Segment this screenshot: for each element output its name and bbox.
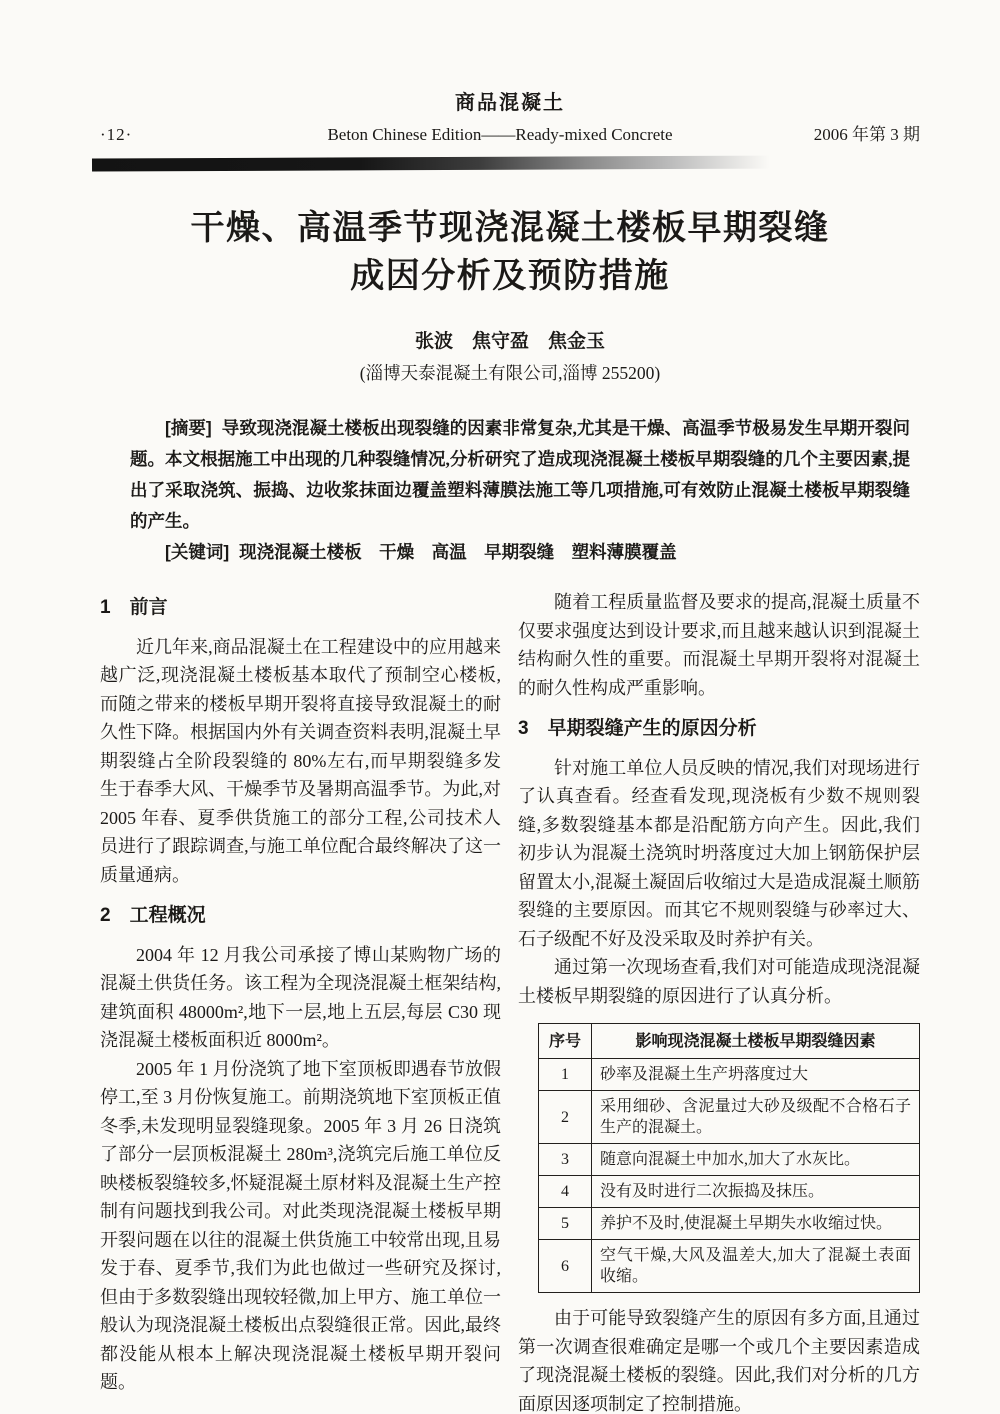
section-3-paragraph-3: 由于可能导致裂缝产生的原因有多方面,且通过第一次调查很难确定是哪一个或几个主要因… (518, 1304, 920, 1414)
abstract-block: [摘要]导致现浇混凝土楼板出现裂缝的因素非常复杂,尤其是干燥、高温季节极易发生早… (130, 413, 910, 568)
section-1-heading: 1 前言 (100, 594, 501, 623)
table-col1-header: 序号 (539, 1024, 592, 1059)
row-factor: 养护不及时,使混凝土早期失水收缩过快。 (592, 1208, 920, 1240)
row-number: 5 (539, 1208, 592, 1240)
section-1-paragraph: 近几年来,商品混凝土在工程建设中的应用越来越广泛,现浇混凝土楼板基本取代了预制空… (100, 633, 501, 890)
page-number: ·12· (100, 125, 230, 145)
crack-factors-table: 序号 影响现浇混凝土楼板早期裂缝因素 1 砂率及混凝土生产坍落度过大 2 采用细… (538, 1023, 920, 1293)
row-factor: 没有及时进行二次振捣及抹压。 (592, 1176, 920, 1208)
header-divider-bar (92, 155, 798, 171)
table-row: 6 空气干燥,大风及温差大,加大了混凝土表面收缩。 (539, 1240, 920, 1293)
keywords-label: [关键词] (165, 542, 229, 562)
row-factor: 砂率及混凝土生产坍落度过大 (592, 1059, 920, 1091)
row-number: 6 (539, 1240, 592, 1293)
issue-label: 2006 年第 3 期 (770, 120, 920, 145)
row-number: 4 (539, 1176, 592, 1208)
section-2-heading: 2 工程概况 (100, 902, 501, 931)
table-row: 5 养护不及时,使混凝土早期失水收缩过快。 (539, 1208, 920, 1240)
page-header: 商品混凝土 ·12· Beton Chinese Edition——Ready-… (100, 86, 920, 170)
abstract-label: [摘要] (165, 418, 212, 438)
article-title-line1: 干燥、高温季节现浇混凝土楼板早期裂缝 (100, 204, 920, 252)
row-number: 1 (539, 1059, 592, 1091)
abstract-paragraph: [摘要]导致现浇混凝土楼板出现裂缝的因素非常复杂,尤其是干燥、高温季节极易发生早… (130, 413, 910, 537)
keywords-paragraph: [关键词]现浇混凝土楼板 干燥 高温 早期裂缝 塑料薄膜覆盖 (130, 537, 910, 568)
table-row: 4 没有及时进行二次振捣及抹压。 (539, 1176, 920, 1208)
row-factor: 采用细砂、含泥量过大砂及级配不合格石子生产的混凝土。 (592, 1091, 920, 1144)
journal-title-en: Beton Chinese Edition——Ready-mixed Concr… (230, 125, 770, 145)
section-3-paragraph-1: 针对施工单位人员反映的情况,我们对现场进行了认真查看。经查看发现,现浇板有少数不… (518, 754, 920, 954)
affiliation: (淄博天泰混凝土有限公司,淄博 255200) (100, 360, 920, 385)
section-3-heading: 3 早期裂缝产生的原因分析 (518, 715, 920, 744)
abstract-text: 导致现浇混凝土楼板出现裂缝的因素非常复杂,尤其是干燥、高温季节极易发生早期开裂问… (130, 418, 910, 531)
section-2-paragraph-3: 随着工程质量监督及要求的提高,混凝土质量不仅要求强度达到设计要求,而且越来越认识… (518, 588, 920, 702)
header-row: ·12· Beton Chinese Edition——Ready-mixed … (100, 120, 920, 145)
keywords-text: 现浇混凝土楼板 干燥 高温 早期裂缝 塑料薄膜覆盖 (239, 542, 677, 562)
row-factor: 空气干燥,大风及温差大,加大了混凝土表面收缩。 (592, 1240, 920, 1293)
article-title-line2: 成因分析及预防措施 (100, 252, 920, 300)
row-factor: 随意向混凝土中加水,加大了水灰比。 (592, 1144, 920, 1176)
row-number: 3 (539, 1144, 592, 1176)
table-row: 1 砂率及混凝土生产坍落度过大 (539, 1059, 920, 1091)
section-3-paragraph-2: 通过第一次现场查看,我们对可能造成现浇混凝土楼板早期裂缝的原因进行了认真分析。 (518, 953, 920, 1010)
table-header-row: 序号 影响现浇混凝土楼板早期裂缝因素 (539, 1024, 920, 1059)
body-columns: 1 前言 近几年来,商品混凝土在工程建设中的应用越来越广泛,现浇混凝土楼板基本取… (100, 588, 920, 1414)
authors: 张波 焦守盈 焦金玉 (100, 326, 920, 353)
section-2-paragraph-1: 2004 年 12 月我公司承接了博山某购物广场的混凝土供货任务。该工程为全现浇… (100, 941, 501, 1055)
table-col2-header: 影响现浇混凝土楼板早期裂缝因素 (592, 1024, 920, 1059)
right-column: 随着工程质量监督及要求的提高,混凝土质量不仅要求强度达到设计要求,而且越来越认识… (518, 588, 920, 1414)
section-2-paragraph-2: 2005 年 1 月份浇筑了地下室顶板即遇春节放假停工,至 3 月份恢复施工。前… (100, 1055, 501, 1397)
article-title: 干燥、高温季节现浇混凝土楼板早期裂缝 成因分析及预防措施 (100, 204, 920, 300)
table-row: 2 采用细砂、含泥量过大砂及级配不合格石子生产的混凝土。 (539, 1091, 920, 1144)
journal-page: 商品混凝土 ·12· Beton Chinese Edition——Ready-… (0, 0, 1000, 1414)
row-number: 2 (539, 1091, 592, 1144)
journal-title-cn: 商品混凝土 (100, 86, 920, 115)
left-column: 1 前言 近几年来,商品混凝土在工程建设中的应用越来越广泛,现浇混凝土楼板基本取… (100, 588, 501, 1414)
table-row: 3 随意向混凝土中加水,加大了水灰比。 (539, 1144, 920, 1176)
